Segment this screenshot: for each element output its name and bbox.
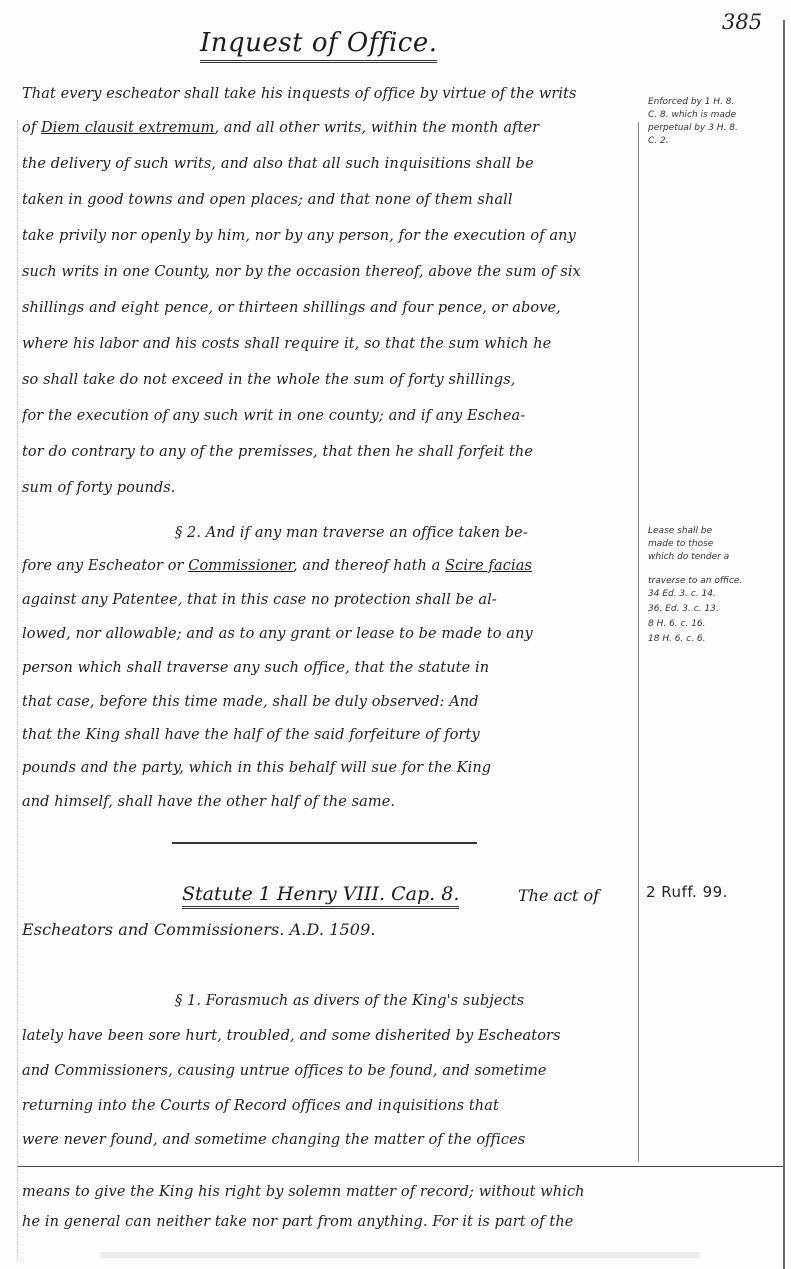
- page-number: 385: [722, 10, 762, 34]
- margin-note-line: 36. Ed. 3. c. 13.: [648, 603, 780, 616]
- manuscript-page: 385 Inquest of Office. That every eschea…: [0, 0, 791, 1269]
- text-line: shillings and eight pence, or thirteen s…: [22, 300, 634, 316]
- statute-subheading: Escheators and Commissioners. A.D. 1509.: [22, 920, 634, 939]
- margin-note-divider: [638, 122, 639, 1162]
- text-line: That every escheator shall take his inqu…: [22, 86, 634, 102]
- text-line: take privily nor openly by him, nor by a…: [22, 228, 634, 244]
- text-line: and himself, shall have the other half o…: [22, 794, 634, 810]
- text-fragment: , and thereof hath a: [293, 558, 445, 574]
- text-line: lowed, nor allowable; and as to any gran…: [22, 626, 634, 642]
- margin-note-line: 34 Ed. 3. c. 14.: [648, 588, 780, 601]
- section-separator-rule: [172, 842, 477, 844]
- text-line: taken in good towns and open places; and…: [22, 192, 634, 208]
- text-line: returning into the Courts of Record offi…: [22, 1098, 634, 1114]
- margin-note-line: 8 H. 6. c. 16.: [648, 618, 780, 631]
- margin-note-line: made to those: [648, 538, 780, 551]
- text-fragment: , and all other writs, within the month …: [215, 120, 540, 136]
- margin-note-line: Enforced by 1 H. 8.: [648, 96, 780, 109]
- text-line: means to give the King his right by sole…: [22, 1184, 782, 1200]
- commissioner-underlined: Commissioner: [188, 558, 293, 574]
- text-fragment: of: [22, 120, 41, 136]
- text-line: person which shall traverse any such off…: [22, 660, 634, 676]
- text-line: lately have been sore hurt, troubled, an…: [22, 1028, 634, 1044]
- text-line: pounds and the party, which in this beha…: [22, 760, 634, 776]
- text-line: sum of forty pounds.: [22, 480, 634, 496]
- right-page-edge-rule: [783, 20, 785, 1269]
- margin-note-line: Lease shall be: [648, 525, 780, 538]
- margin-note-line: C. 8. which is made: [648, 109, 780, 122]
- text-line: against any Patentee, that in this case …: [22, 592, 634, 608]
- text-fragment: fore any Escheator or: [22, 558, 188, 574]
- text-line: for the execution of any such writ in on…: [22, 408, 634, 424]
- text-line: fore any Escheator or Commissioner, and …: [22, 558, 634, 574]
- scan-noise: [100, 1252, 700, 1258]
- text-line: he in general can neither take nor part …: [22, 1214, 782, 1230]
- bottom-fold-rule: [18, 1166, 783, 1167]
- margin-note-line: traverse to an office.: [648, 575, 780, 588]
- statute-heading: Statute 1 Henry VIII. Cap. 8.: [182, 883, 459, 909]
- margin-citation: 2 Ruff. 99.: [646, 883, 728, 901]
- text-line: § 2. And if any man traverse an office t…: [175, 525, 634, 541]
- text-line: that the King shall have the half of the…: [22, 727, 634, 743]
- text-line: § 1. Forasmuch as divers of the King's s…: [175, 993, 634, 1009]
- text-line: were never found, and sometime changing …: [22, 1132, 634, 1148]
- margin-note-line: C. 2.: [648, 135, 780, 148]
- left-margin-rule: [17, 120, 19, 1260]
- text-line: so shall take do not exceed in the whole…: [22, 372, 634, 388]
- scire-facias-underlined: Scire facias: [445, 558, 532, 574]
- writ-name-underlined: Diem clausit extremum: [41, 120, 215, 136]
- margin-note-line: 18 H. 6. c. 6.: [648, 633, 780, 646]
- text-line: that case, before this time made, shall …: [22, 694, 634, 710]
- margin-note-line: perpetual by 3 H. 8.: [648, 122, 780, 135]
- page-title: Inquest of Office.: [200, 28, 437, 63]
- margin-note-line: which do tender a: [648, 551, 780, 564]
- text-line: such writs in one County, nor by the occ…: [22, 264, 634, 280]
- text-line: tor do contrary to any of the premisses,…: [22, 444, 634, 460]
- text-line: the delivery of such writs, and also tha…: [22, 156, 634, 172]
- statute-heading-continuation: The act of: [518, 886, 599, 905]
- text-line: where his labor and his costs shall requ…: [22, 336, 634, 352]
- text-line: of Diem clausit extremum, and all other …: [22, 120, 634, 136]
- text-line: and Commissioners, causing untrue office…: [22, 1063, 634, 1079]
